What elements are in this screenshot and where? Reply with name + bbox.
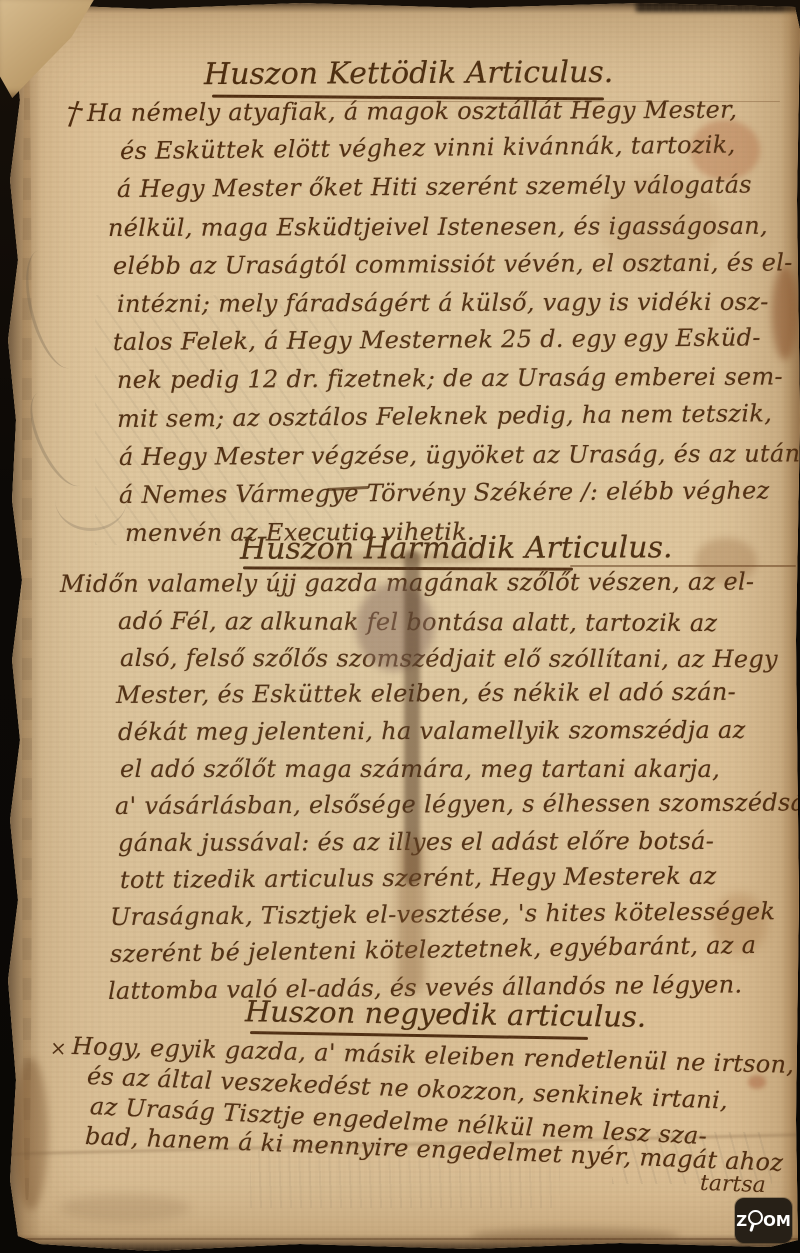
manuscript-line: á Nemes Vármegye Törvény Székére /: eléb… [119,476,770,509]
zoom-watermark: Z OM [735,1198,792,1243]
manuscript-line: szerént bé jelenteni köteleztetnek, egyé… [110,931,757,968]
manuscript-line: az Uraság Tisztje engedelme nélkül nem l… [89,1092,707,1150]
binding-edge-shadow [6,0,42,1253]
torn-page-layers [22,40,32,1200]
manuscript-line: bad, hanem á ki mennyire engedelmet nyér… [84,1122,783,1177]
show-through-mark [15,244,94,375]
manuscript-line: alsó, felső szőlős szomszédjait elő szól… [120,644,778,673]
heading-underline [212,95,604,101]
manuscript-line: gának jussával: és az illyes el adást el… [118,827,714,857]
stain [772,265,798,360]
page-edge-shadow-top [0,0,800,13]
stain [60,1194,190,1222]
page-edge-shadow-right [780,0,800,1253]
show-through-mark [250,1150,560,1208]
stain [470,1228,680,1244]
stain [748,1075,766,1089]
manuscript-line: el adó szőlőt maga számára, meg tartani … [120,755,720,783]
manuscript-line: adó Fél, az alkunak fel bontása alatt, t… [118,607,718,637]
heading-underline-faint [300,101,780,102]
stain [14,1058,48,1210]
manuscript-line: lattomba való el-adás, és vevés állandós… [108,970,743,1005]
manuscript-line: tott tizedik articulus szerént, Hegy Mes… [120,862,717,894]
heading-underline [250,1031,588,1040]
manuscript-line: Mester, és Esküttek eleiben, és nékik el… [116,678,736,709]
manuscript-line: nélkül, maga Esküdtjeivel Istenesen, és … [108,211,768,241]
zoom-watermark-text-left: Z [736,1212,747,1230]
zoom-watermark-text-right: OM [763,1212,791,1230]
manuscript-line: Uraságnak, Tisztjek el-vesztése, 's hite… [110,897,776,931]
stain [300,552,490,564]
manuscript-line: menvén az Executio vihetik. [125,518,475,547]
manuscript-line: á Hegy Mester őket Hiti szerént személy … [117,171,752,203]
manuscript-line: talos Felek, á Hegy Mesternek 25 d. egy … [113,324,761,357]
heading-underline [243,566,573,570]
manuscript-page: Huszon Kettödik Articulus. Huszon Harmad… [0,0,800,1253]
magnifier-icon [748,1210,763,1225]
show-through-mark [95,295,345,545]
crossed-out-word-mark [327,486,369,491]
stain [690,120,760,180]
show-through-mark [612,1132,772,1184]
paragraph-mark: × [49,1035,67,1060]
paragraph-mark: † [63,93,84,133]
ink-blot [356,583,434,671]
fold-crease [0,1133,800,1156]
fold-stain [404,550,420,885]
manuscript-line: Hogy, egyik gazda, a' másik eleiben rend… [72,1032,795,1079]
manuscript-line: Ha némely atyafiak, á magok osztállát He… [87,96,737,127]
manuscript-line: és az által veszekedést ne okozzon, senk… [86,1062,728,1115]
article-heading: Huszon Kettödik Articulus. [204,55,613,92]
manuscript-line: á Hegy Mester végzése, ügyöket az Uraság… [119,439,800,471]
manuscript-line: és Esküttek elött véghez vinni kivánnák,… [120,131,736,165]
article-heading: Huszon negyedik articulus. [245,994,647,1034]
page-edge-shadow-bottom [0,1234,800,1253]
catchword: tartsa [700,1171,767,1198]
article-heading: Huszon Harmadik Articulus. [240,530,673,567]
fold-stain [398,838,424,993]
page-edge-shadow-top-right [636,0,800,12]
stain [695,538,757,584]
manuscript-line: dékát meg jelenteni, ha valamellyik szom… [118,716,746,746]
manuscript-scan: Huszon Kettödik Articulus. Huszon Harmad… [0,0,800,1253]
manuscript-line: mit sem; az osztálos Feleknek pedig, ha … [117,399,772,433]
stain [712,893,767,955]
manuscript-line: elébb az Uraságtól commissiót vévén, el … [113,248,793,280]
heading-underline-faint [570,565,796,567]
fold-crease [0,1238,800,1240]
show-through-mark [55,468,127,531]
show-through-mark [18,384,100,495]
manuscript-line: nek pedig 12 dr. fizetnek; de az Uraság … [117,363,783,394]
manuscript-line: Midőn valamely újj gazda magának szőlőt … [60,568,754,598]
manuscript-line: intézni; mely fáradságért á külső, vagy … [117,288,769,318]
stain [600,178,720,270]
manuscript-line: a' vásárlásban, elsősége légyen, s élhes… [115,788,800,820]
